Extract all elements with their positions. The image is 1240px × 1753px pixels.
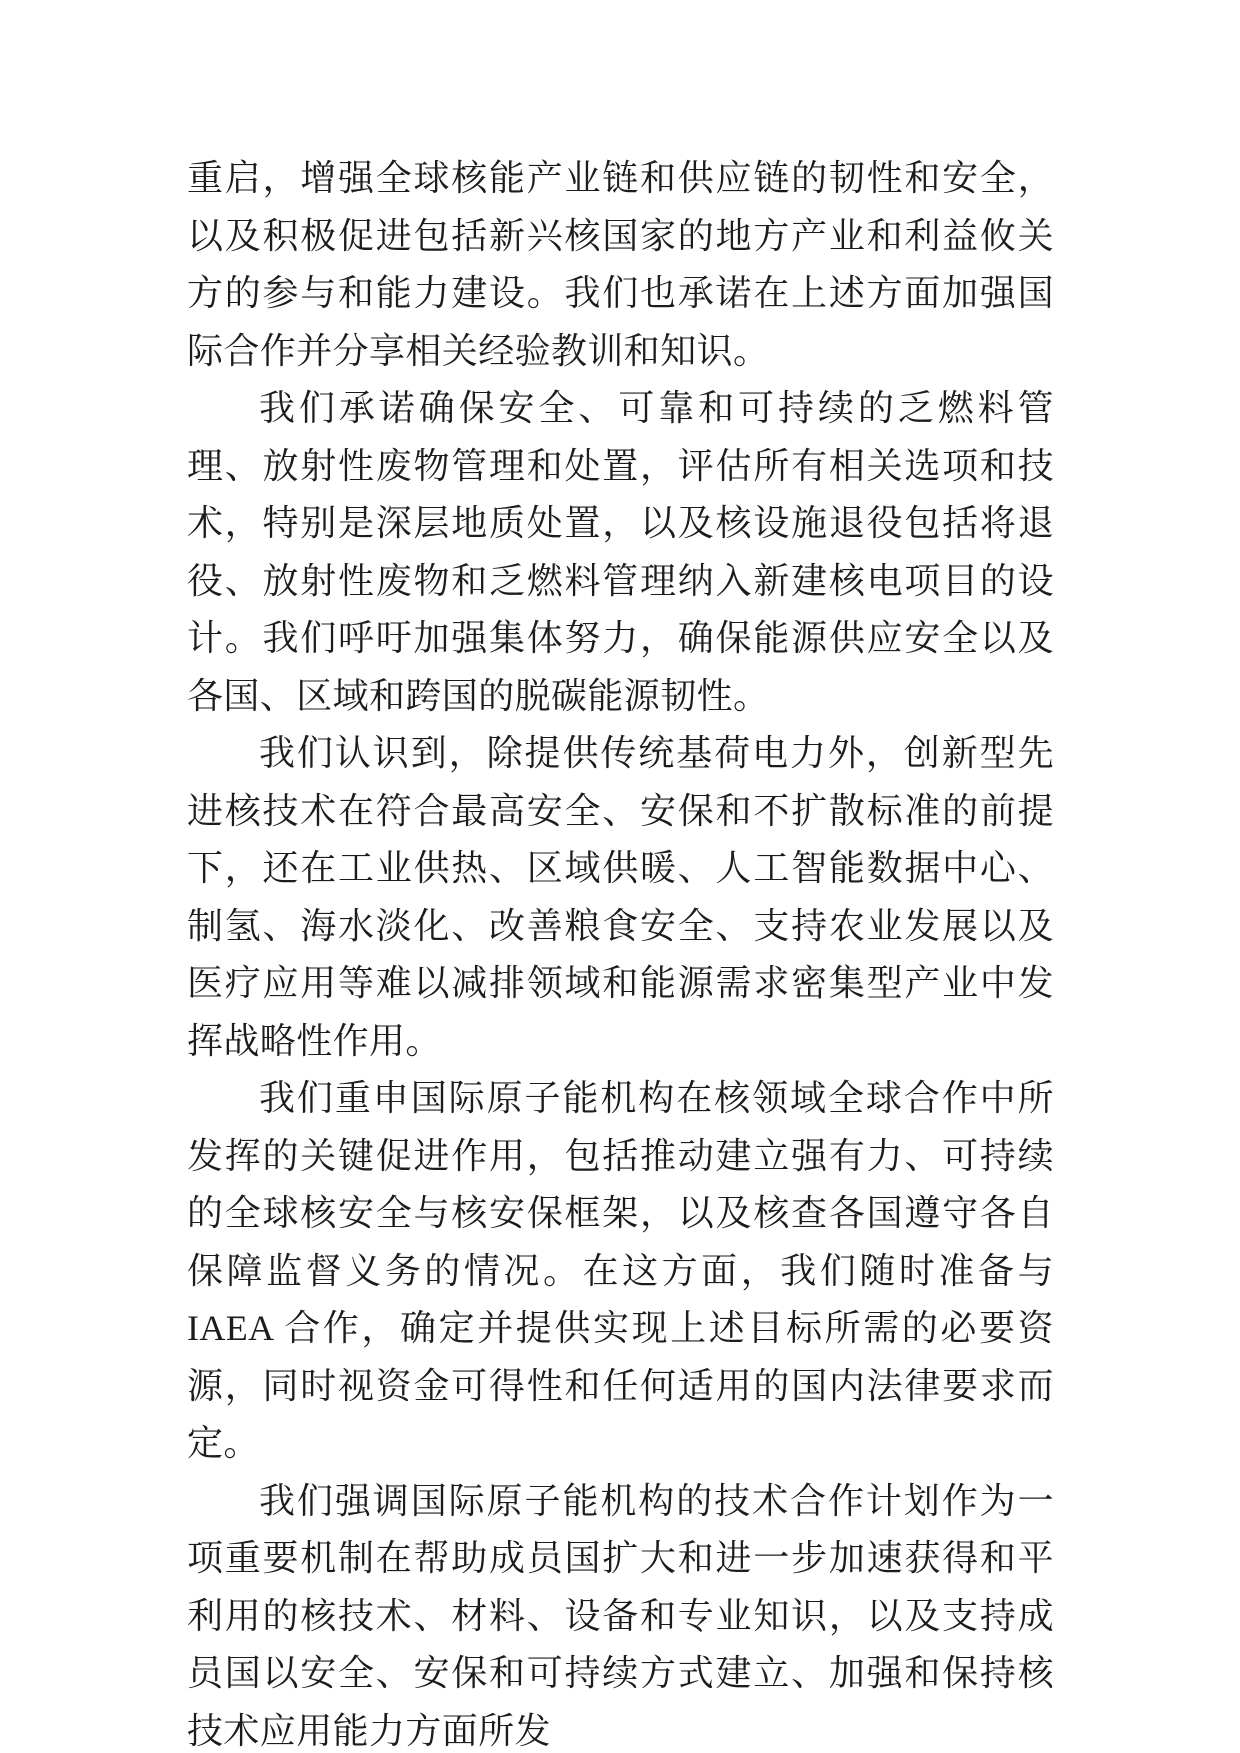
paragraph: 我们强调国际原子能机构的技术合作计划作为一项重要机制在帮助成员国扩大和进一步加速…: [187, 1473, 1054, 1753]
document-page: 重启，增强全球核能产业链和供应链的韧性和安全，以及积极促进包括新兴核国家的地方产…: [0, 0, 1240, 1753]
paragraph: 我们认识到，除提供传统基荷电力外，创新型先进核技术在符合最高安全、安保和不扩散标…: [187, 725, 1054, 1070]
paragraph: 我们重申国际原子能机构在核领域全球合作中所发挥的关键促进作用，包括推动建立强有力…: [187, 1070, 1054, 1473]
paragraph: 我们承诺确保安全、可靠和可持续的乏燃料管理、放射性废物管理和处置，评估所有相关选…: [187, 380, 1054, 725]
paragraph: 重启，增强全球核能产业链和供应链的韧性和安全，以及积极促进包括新兴核国家的地方产…: [187, 150, 1054, 380]
